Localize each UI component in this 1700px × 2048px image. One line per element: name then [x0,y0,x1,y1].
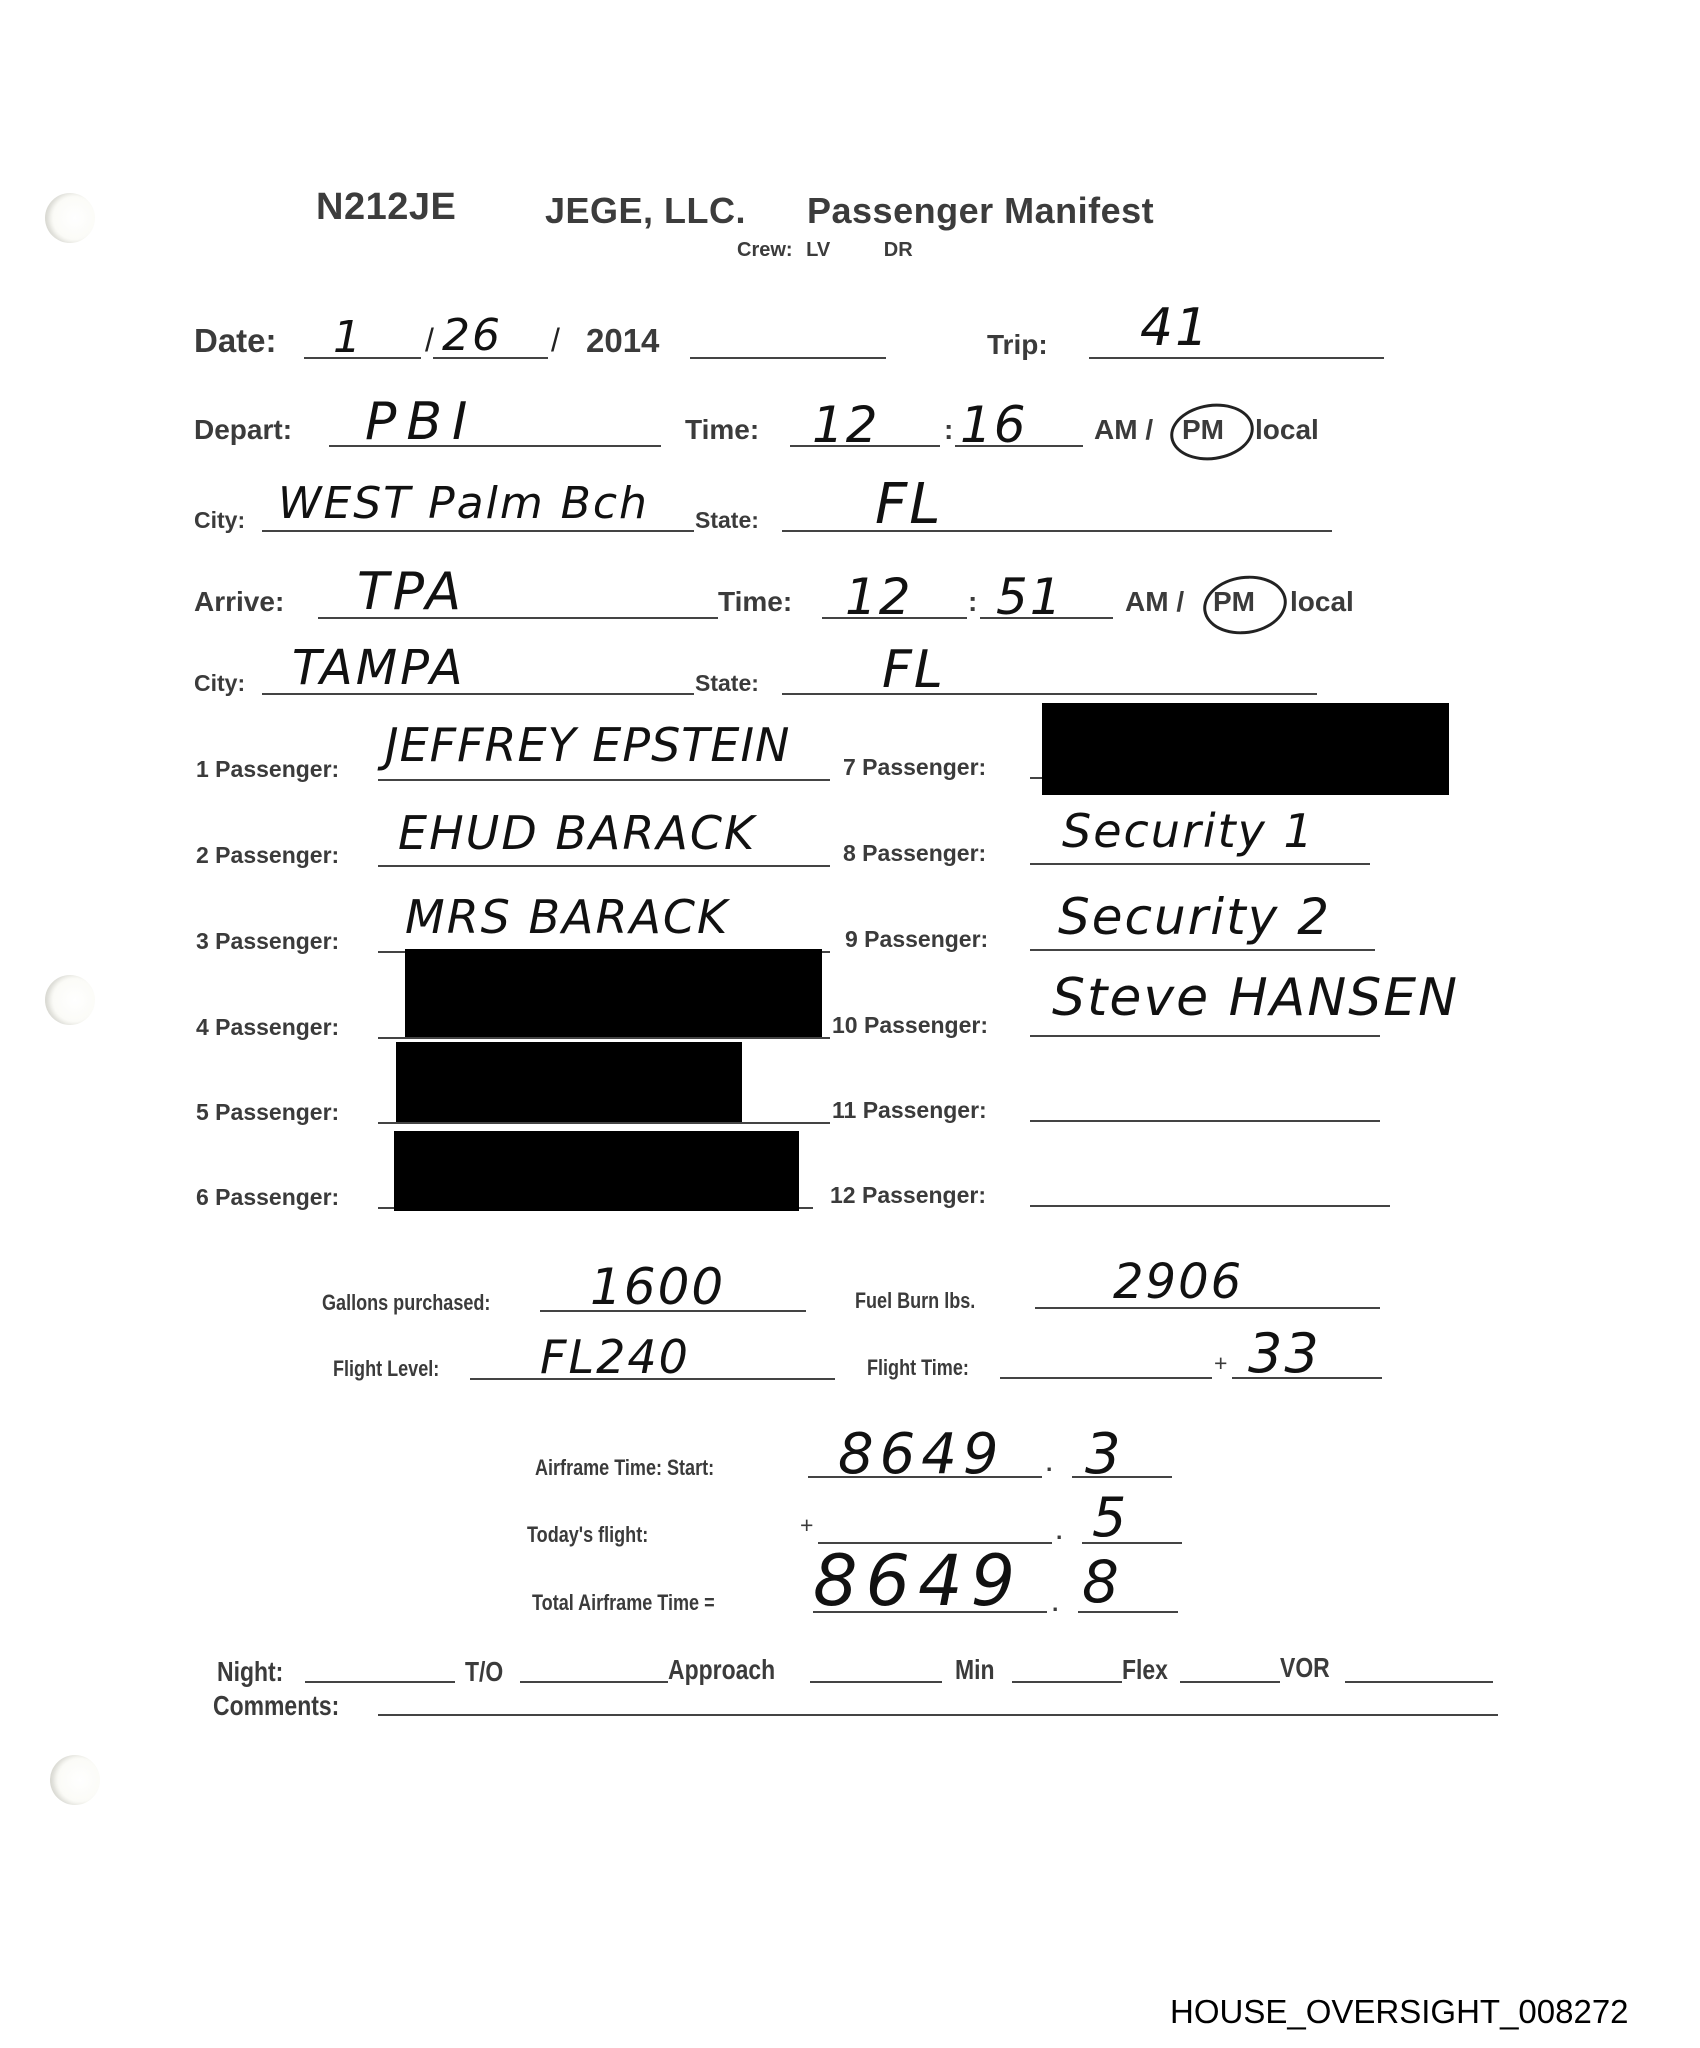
depart-time-min[interactable]: 16 [960,396,1028,454]
gallons-value[interactable]: 1600 [590,1258,725,1316]
comments-line[interactable] [378,1714,1498,1716]
company-name: JEGE, LLC. [545,190,746,232]
trip-label: Trip: [987,329,1048,361]
flight-time-line-1 [1000,1377,1212,1379]
passenger-9-label: 9 Passenger: [845,926,988,953]
night-line [305,1681,455,1683]
date-separator: / [425,322,434,359]
depart-state-value[interactable]: FL [875,472,942,537]
total-airframe-whole[interactable]: 8649 [813,1540,1023,1622]
passenger-11-line [1030,1120,1380,1122]
depart-city-label: City: [194,507,245,534]
arrive-time-label: Time: [718,586,792,618]
night-label: Night: [217,1656,283,1688]
depart-local-label: local [1255,414,1319,446]
arrive-time-min[interactable]: 51 [996,568,1064,626]
passenger-2-line [378,865,830,867]
todays-flight-plus: + [800,1512,813,1539]
airframe-start-dot: . [1046,1450,1052,1477]
passenger-3-name[interactable]: MRS BARACK [405,890,729,944]
passenger-2-name[interactable]: EHUD BARACK [398,806,756,860]
punch-hole-bottom [50,1755,100,1805]
todays-flight-tenth[interactable]: 5 [1092,1486,1128,1549]
fuel-burn-label: Fuel Burn lbs. [855,1288,975,1314]
date-month-value[interactable]: 1 [333,312,363,363]
arrive-am-label: AM / [1125,586,1184,618]
passenger-7-label: 7 Passenger: [843,754,986,781]
document-title: Passenger Manifest [807,190,1154,232]
passenger-10-label: 10 Passenger: [832,1012,988,1039]
date-year: 2014 [586,322,659,360]
passenger-8-name[interactable]: Security 1 [1062,804,1315,858]
flight-level-value[interactable]: FL240 [540,1330,690,1384]
arrive-time-hour[interactable]: 12 [845,568,913,626]
passenger-1-label: 1 Passenger: [196,756,339,783]
flight-level-label: Flight Level: [333,1356,439,1382]
punch-hole-top [45,193,95,243]
passenger-4-line [378,1037,830,1039]
passenger-5-redaction [396,1042,742,1122]
min-line [1012,1681,1122,1683]
arrive-label: Arrive: [194,586,284,618]
flex-line [1180,1681,1280,1683]
passenger-3-label: 3 Passenger: [196,928,339,955]
passenger-10-name[interactable]: Steve HANSEN [1052,968,1459,1028]
passenger-4-redaction [405,949,822,1037]
todays-flight-dot: . [1056,1518,1062,1545]
depart-label: Depart: [194,414,292,446]
date-separator-2: / [551,322,560,359]
arrive-state-value[interactable]: FL [882,640,945,700]
passenger-10-line [1030,1035,1380,1037]
depart-time-label: Time: [685,414,759,446]
depart-time-hour[interactable]: 12 [812,396,880,454]
trip-value[interactable]: 41 [1140,298,1210,358]
depart-airport-value[interactable]: PBI [365,392,477,452]
tail-number: N212JE [316,186,456,229]
flex-label: Flex [1122,1654,1168,1686]
to-line [520,1681,668,1683]
airframe-start-whole[interactable]: 8649 [838,1422,1005,1487]
fuel-burn-value[interactable]: 2906 [1113,1254,1243,1310]
depart-time-colon: : [944,414,953,446]
todays-flight-label: Today's flight: [527,1522,648,1548]
crew-label-text: Crew: [737,239,793,261]
arrive-time-colon: : [968,586,977,618]
passenger-2-label: 2 Passenger: [196,842,339,869]
min-label: Min [955,1654,995,1686]
passenger-5-line [378,1122,830,1124]
arrive-city-value[interactable]: TAMPA [292,640,466,696]
passenger-4-label: 4 Passenger: [196,1014,339,1041]
gallons-label: Gallons purchased: [322,1290,490,1316]
arrive-airport-value[interactable]: TPA [357,562,465,622]
crew-member-2: DR [884,239,913,261]
arrive-state-label: State: [695,670,759,697]
airframe-start-tenth[interactable]: 3 [1085,1422,1123,1487]
arrive-pm-circle[interactable] [1199,570,1290,639]
depart-am-label: AM / [1094,414,1153,446]
date-day-value[interactable]: 26 [442,310,502,361]
approach-line [810,1681,942,1683]
passenger-11-label: 11 Passenger: [832,1097,987,1124]
comments-label: Comments: [213,1690,339,1722]
depart-city-line [262,530,694,532]
vor-line [1345,1681,1493,1683]
total-airframe-tenth[interactable]: 8 [1082,1548,1121,1616]
crew-label: Crew: LV DR [737,239,913,262]
depart-pm-circle[interactable] [1167,398,1258,465]
arrive-local-label: local [1290,586,1354,618]
vor-label: VOR [1280,1652,1330,1684]
approach-label: Approach [668,1654,775,1686]
passenger-1-line [378,779,830,781]
passenger-7-redaction [1042,703,1449,795]
passenger-5-label: 5 Passenger: [196,1099,339,1126]
flight-time-label: Flight Time: [867,1355,969,1381]
passenger-12-label: 12 Passenger: [830,1182,986,1209]
airframe-start-label: Airframe Time: Start: [535,1455,714,1481]
date-year-line [690,357,886,359]
passenger-12-line [1030,1205,1390,1207]
arrive-city-label: City: [194,670,245,697]
trip-line [1089,357,1384,359]
depart-state-line [782,530,1332,532]
crew-member-1: LV [806,239,830,261]
depart-city-value[interactable]: WEST Palm Bch [278,478,649,529]
to-label: T/O [465,1656,503,1688]
passenger-6-redaction [394,1131,799,1211]
passenger-8-label: 8 Passenger: [843,840,986,867]
date-label: Date: [194,322,277,360]
arrive-state-line [782,693,1317,695]
total-airframe-dot: . [1052,1590,1058,1617]
bates-number: HOUSE_OVERSIGHT_008272 [1170,1993,1629,2031]
passenger-9-name[interactable]: Security 2 [1058,888,1331,946]
passenger-8-line [1030,863,1370,865]
flight-time-plus: + [1214,1350,1227,1377]
total-airframe-label: Total Airframe Time = [532,1590,715,1616]
punch-hole-middle [45,975,95,1025]
flight-time-value[interactable]: 33 [1248,1322,1321,1385]
passenger-9-line [1030,949,1375,951]
passenger-1-name[interactable]: JEFFREY EPSTEIN [385,718,790,772]
passenger-6-label: 6 Passenger: [196,1184,339,1211]
depart-state-label: State: [695,507,759,534]
